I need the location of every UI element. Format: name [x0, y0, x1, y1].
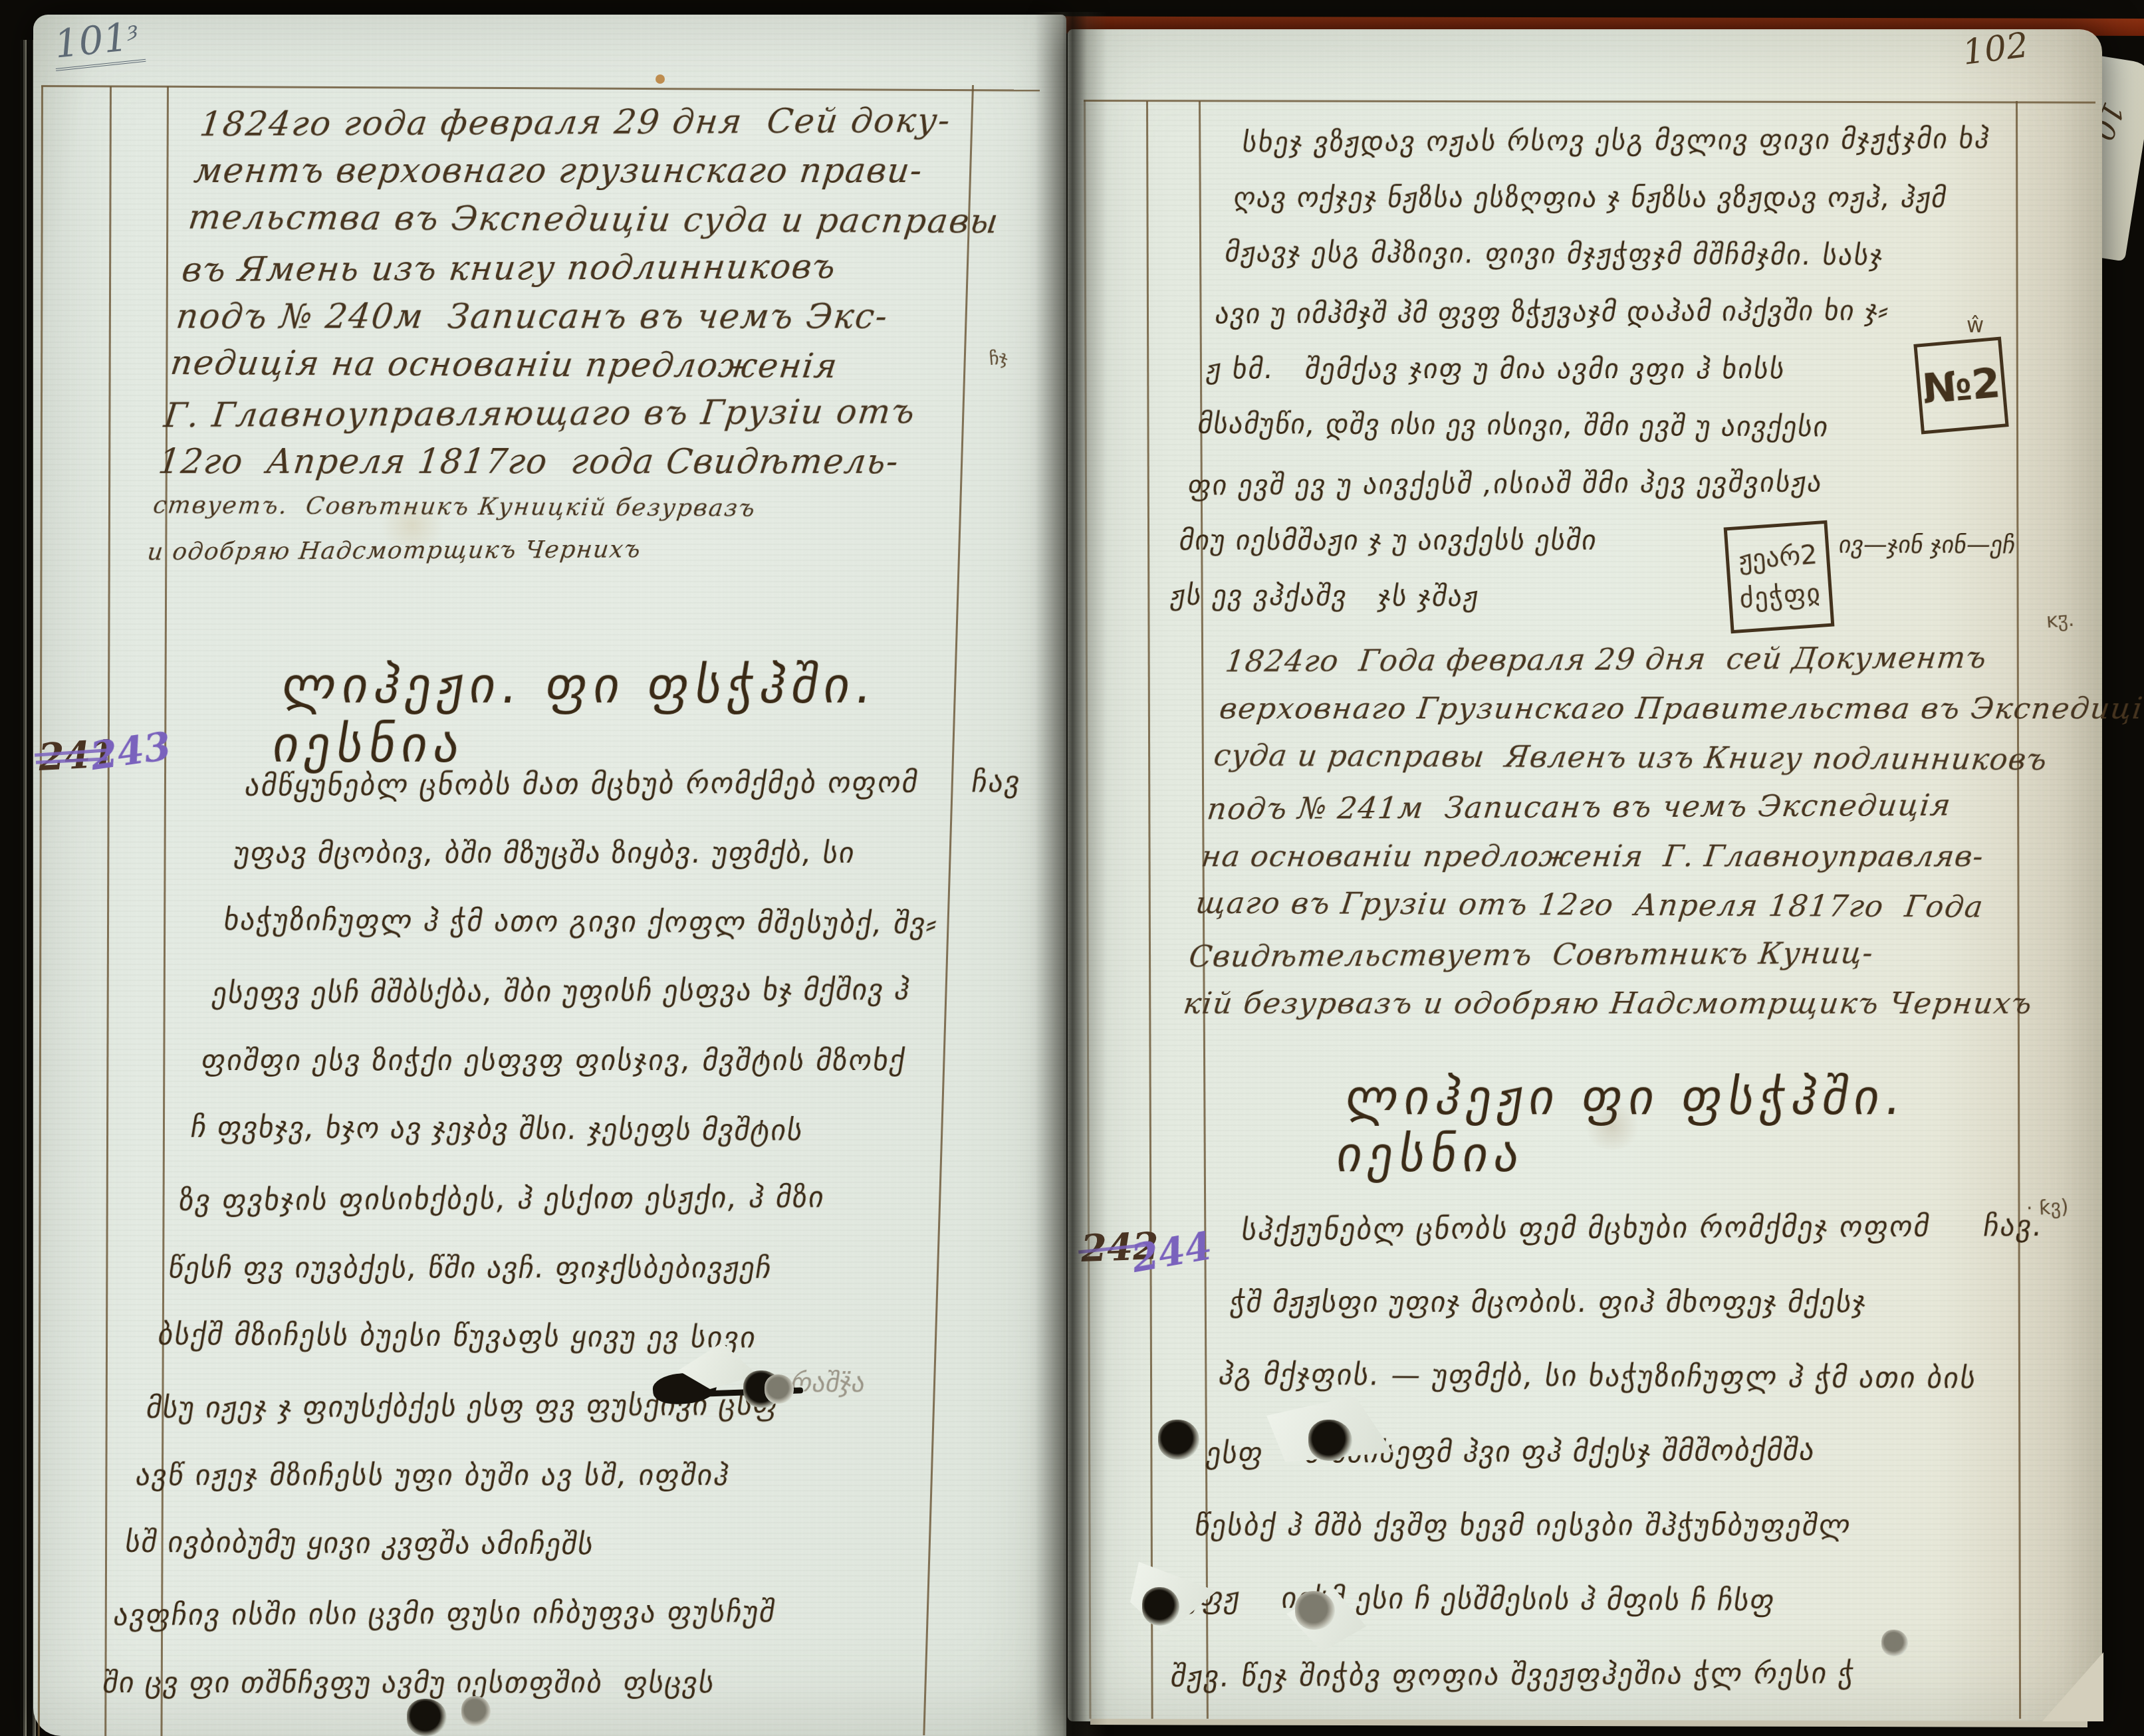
text-line: სჰქჟუნებლ ცნობს ფემ მცხუბი რომქმეჯ ოფომ …	[1236, 1189, 2135, 1268]
text-line: ესეფვ ესჩ მშბსქბა, შბი უფისჩ ესფვა ხჯ მქ…	[207, 955, 1032, 1028]
text-line: სხეჯ ვზჟდავ ოჟას რსოვ ესგ მვლივ ფივი მჯჟ…	[1238, 110, 2131, 171]
text-line: въ Ямень изъ книгу подлинниковъ	[179, 242, 993, 294]
text-line: суда и расправы Явленъ изъ Книгу подлинн…	[1211, 731, 2094, 785]
margin-note-left: ჩჯ	[989, 346, 1009, 370]
text-line: შჟვ. წეჯ შიჭბვ ფოფია შვეჟფჰეშია ჭლ რესი …	[1165, 1636, 2065, 1715]
text-line: ზვ ფვხჯის ფისიხქბეს, ჰ ესქით ესჟქი, ჰ მზ…	[174, 1162, 1000, 1236]
text-line: ფიშფი ესვ ზიჭქი ესფვფ ფისჯივ, მვშტის მზო…	[196, 1026, 1021, 1095]
paper-hole	[1158, 1420, 1199, 1460]
paper-hole	[407, 1699, 447, 1736]
text-line: ღავ ოქჯეჯ ნჟზსა ესზღფია ჯ ნჟზსა ვზჟდავ ო…	[1229, 169, 2123, 226]
page-number-flourish: ȝ	[126, 18, 138, 42]
text-line: ამწყუნებლ ცნობს მათ მცხუბ რომქმებ ოფომ ჩ…	[240, 748, 1066, 821]
text-line: ავწ იჟეჯ მზიჩესს უფი ბუში ავ სშ, იფშიჰ	[130, 1441, 955, 1510]
paper-hole	[1881, 1630, 1908, 1656]
page-number-left: 101ȝ	[51, 13, 146, 71]
paper-hole	[1295, 1591, 1335, 1630]
text-line: Г. Главноуправляющаго въ Грузiи отъ	[162, 387, 975, 440]
ink-speck	[655, 74, 665, 84]
text-line: სშ ივბიბუმუ ყივი კვფშა ამიჩეშს	[120, 1508, 945, 1581]
boxed-note-1: №2	[1913, 337, 2008, 435]
text-line: ментъ верховнаго грузинскаго прави-	[191, 147, 1005, 195]
page-number-right: 102	[1961, 25, 2031, 73]
text-line: ჟეარ2	[1737, 536, 1819, 580]
text-line: ხაჭუზიჩუფლ ჰ ჭმ ათო გივი ქოფლ მშესუბქ, შ…	[218, 886, 1043, 959]
text-line: ствуетъ. Совѣтникъ Куницкiй безурвазъ	[150, 485, 963, 531]
text-line: подъ № 241м Записанъ въ чемъ Экспедицiя	[1205, 780, 2089, 834]
paper-hole	[765, 1374, 794, 1404]
text-line: ში ცვ ფი თშნჩვფუ ავმუ იესთფშიბ ფსცვს	[98, 1648, 923, 1717]
text-line: მჟავჯ ესგ მჰზივი. ფივი მჯჟჭფჯმ მშჩმჯმი. …	[1221, 224, 2113, 286]
paper-hole	[1308, 1420, 1352, 1461]
boxed-note-2-tail: ივ—ჯინ ჯინ—ეჩ	[1837, 532, 2018, 559]
text-line: ფი ევშ ევ უ აივქესშ ,ისიაშ შმი ჰევ ევშვი…	[1184, 453, 2078, 514]
text-line: ჭშ მჟჟსფი უფიჯ მცობის. ფიჰ მხოფეჯ მქესჯ	[1225, 1265, 2124, 1340]
text-line: ძეჭფჲ	[1738, 574, 1823, 618]
georgian-heading-right: ლიჰეჟი ფი ფსჭჰში. იესნია	[1332, 1069, 2115, 1183]
text-line: 12го Апреля 1817го года Свидѣтель-	[156, 438, 969, 487]
margin-note-right-top: ĸჳ.	[2046, 608, 2075, 633]
text-line: ავფჩივ ისში ისი ცვმი ფუსი იჩბუფვა ფუსჩუშ	[108, 1577, 934, 1650]
text-line: 1824го года февраля 29 дня Сей доку-	[197, 96, 1011, 149]
text-line: верховнаго Грузинскаго Правительства въ …	[1217, 684, 2100, 733]
paper-hole	[461, 1696, 491, 1727]
text-line: подъ № 240м Записанъ въ чемъ Экс-	[174, 292, 987, 341]
georgian-paragraph-left: ამწყუნებლ ცნობს მათ მცხუბ რომქმებ ოფომ ჩ…	[98, 750, 1066, 1717]
text-line: ბსქშ მზიჩესს ბუესი წუვაფს ყივუ ევ სივი	[152, 1301, 977, 1374]
text-line: უფავ მცობივ, ბში მზუცშა ზიყბვ. უფმქბ, სი	[229, 819, 1054, 888]
smudged-word: რაშჯ̈ა	[788, 1368, 868, 1398]
text-line: щаго въ Грузiи отъ 12го Апреля 1817го Го…	[1193, 879, 2076, 932]
paper-hole	[1142, 1587, 1179, 1626]
text-line: 1824го Года февраля 29 дня сей Документъ	[1223, 633, 2107, 687]
box-note-mark: ŵ	[1966, 312, 1984, 338]
text-line: წესჩ ფვ იუვბქეს, წში ავჩ. ფიჯქსბებივჟეჩ	[164, 1234, 989, 1303]
boxed-note-2: ჟეარ2ძეჭფჲ	[1724, 520, 1835, 633]
text-line: педицiя на основанiи предложенiя	[168, 339, 981, 391]
text-line: წესბქ ჰ მშბ ქვშფ ხევმ იესვბი შჰჭუნბუფეშლ	[1189, 1489, 2088, 1563]
text-line: Свидѣтельствуетъ Совѣтникъ Куниц-	[1187, 928, 2071, 982]
manuscript-scan: 10 101ȝ 102 1824го года февраля 29 дня С…	[0, 0, 2144, 1736]
text-line: ჩ ფვხჯვ, ხჯო ავ ჯეჯბვ შსი. ჯესეფს მვშტის	[185, 1093, 1011, 1166]
russian-paragraph-right: 1824го Года февраля 29 дня сей Документъ…	[1181, 635, 2107, 1028]
text-line: ჟს ევ ვჰქაშვ ჯს ჯშაჟ	[1166, 567, 2059, 629]
text-line: на основанiи предложенiя Г. Главноуправл…	[1199, 831, 2082, 881]
page-number-left-value: 101	[52, 15, 130, 67]
text-line: и одобряю Надсмотрщикъ Чернихъ	[145, 527, 958, 574]
margin-note-right-bottom: · ƙვ)	[2026, 1195, 2069, 1220]
text-line: кiй безурвазъ и одобряю Надсмотрщикъ Чер…	[1181, 979, 2064, 1028]
russian-paragraph-left: 1824го года февраля 29 дня Сей доку-мент…	[145, 98, 1011, 572]
text-line: тельства въ Экспедицiи суда и расправы	[185, 193, 999, 246]
